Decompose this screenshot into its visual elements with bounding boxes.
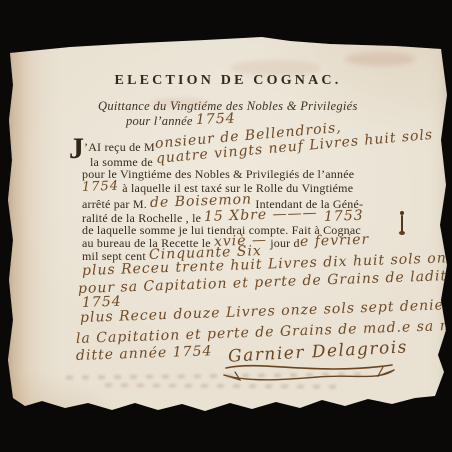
handwritten-segment: plus Receu trente huit Livres dix huit s… [82, 247, 452, 279]
faded-stain [345, 52, 415, 66]
print-segment: la somme de [90, 155, 156, 169]
dropcap-initial: J [69, 134, 84, 164]
handwritten-segment: 15 Xbre ——— [204, 205, 318, 225]
body-line: plus Receu douze Livres onze sols sept d… [80, 310, 452, 328]
body-line: ditte année 1754 [76, 348, 212, 366]
body-line: au bureau de la Recette le xviè — jour d… [82, 235, 369, 251]
document-title: ELECTION DE COGNAC. [58, 73, 398, 89]
faded-stain [230, 60, 320, 76]
document-scan: ELECTION DE COGNAC. Quittance du Vingtié… [0, 0, 452, 452]
body-line: la somme de quatre vingts neuf Livres hu… [90, 154, 434, 170]
body-line: arrêté par M. de Boisemon Intendant de l… [82, 196, 363, 212]
document-subtitle: Quittance du Vingtiéme des Nobles & Priv… [98, 99, 354, 114]
document-subtitle-year: pour l’année 1754 [126, 113, 236, 129]
handwritten-segment: 1754 [82, 179, 120, 195]
signature-flourish [220, 358, 400, 386]
body-line: 1754 à laquelle il est taxé sur le Rolle… [82, 181, 353, 196]
handwritten-segment: la Capitation et perte de Grains de mad.… [76, 315, 452, 347]
body-line: de laquelle somme je lui tiendrai compte… [82, 223, 361, 238]
print-segment: à laquelle il est taxé sur le Rolle du V… [119, 181, 353, 195]
print-segment: ralité de la Rochelle , le [82, 211, 204, 225]
handwritten-segment: de Boisemon [150, 191, 253, 211]
handwritten-segment: quatre vingts neuf Livres huit sols [155, 127, 433, 167]
body-line: ralité de la Rochelle , le 15 Xbre ———17… [82, 210, 364, 226]
handwritten-segment: Cinquante Six [149, 243, 262, 263]
subtitle-print-segment: pour l’année [126, 114, 193, 128]
body-line: pour sa Capitation et perte de Grains de… [78, 281, 452, 299]
faded-stain [150, 98, 210, 108]
body-line: pour le Vingtiéme des Nobles & Privilegi… [82, 167, 354, 182]
handwritten-segment: xviè — [214, 232, 268, 250]
body-line: mil sept cent Cinquante Six [82, 248, 262, 264]
body-line: plus Receu trente huit Livres dix huit s… [82, 263, 452, 281]
print-segment: au bureau de la Recette le [82, 236, 214, 250]
handwritten-year: 1754 [196, 111, 236, 128]
ink-blot [398, 211, 406, 237]
print-segment: ’AI reçu de M [84, 140, 155, 154]
handwritten-segment: plus Receu douze Livres onze sols sept d… [80, 295, 452, 326]
handwritten-segment: 1754 [82, 294, 122, 311]
print-segment: mil sept cent [82, 249, 149, 263]
print-segment: arrêté par M. [82, 197, 150, 211]
print-segment: Intendant de la Géné- [252, 197, 363, 211]
body-line: ’AI reçu de Monsieur de Bellendrois, [84, 139, 342, 155]
signature: Garnier Delagrois [228, 337, 409, 366]
body-line: la Capitation et perte de Grains de mad.… [76, 331, 452, 349]
show-through-text [66, 372, 366, 379]
handwritten-segment: ditte année 1754 [76, 343, 213, 364]
handwritten-segment: e fevrier [299, 232, 369, 250]
show-through-text [105, 383, 340, 389]
handwritten-segment: 1753 [324, 208, 364, 225]
handwritten-segment: onsieur de Bellendrois, [154, 120, 342, 152]
print-segment: de laquelle somme je lui tiendrai compte… [82, 223, 361, 237]
body-line: 1754 [82, 295, 122, 313]
paper-sheet: ELECTION DE COGNAC. Quittance du Vingtié… [0, 0, 452, 452]
print-segment: jour d [267, 236, 300, 250]
print-segment: pour le Vingtiéme des Nobles & Privilegi… [82, 167, 354, 181]
handwritten-segment: pour sa Capitation et perte de Grains de… [78, 266, 452, 297]
